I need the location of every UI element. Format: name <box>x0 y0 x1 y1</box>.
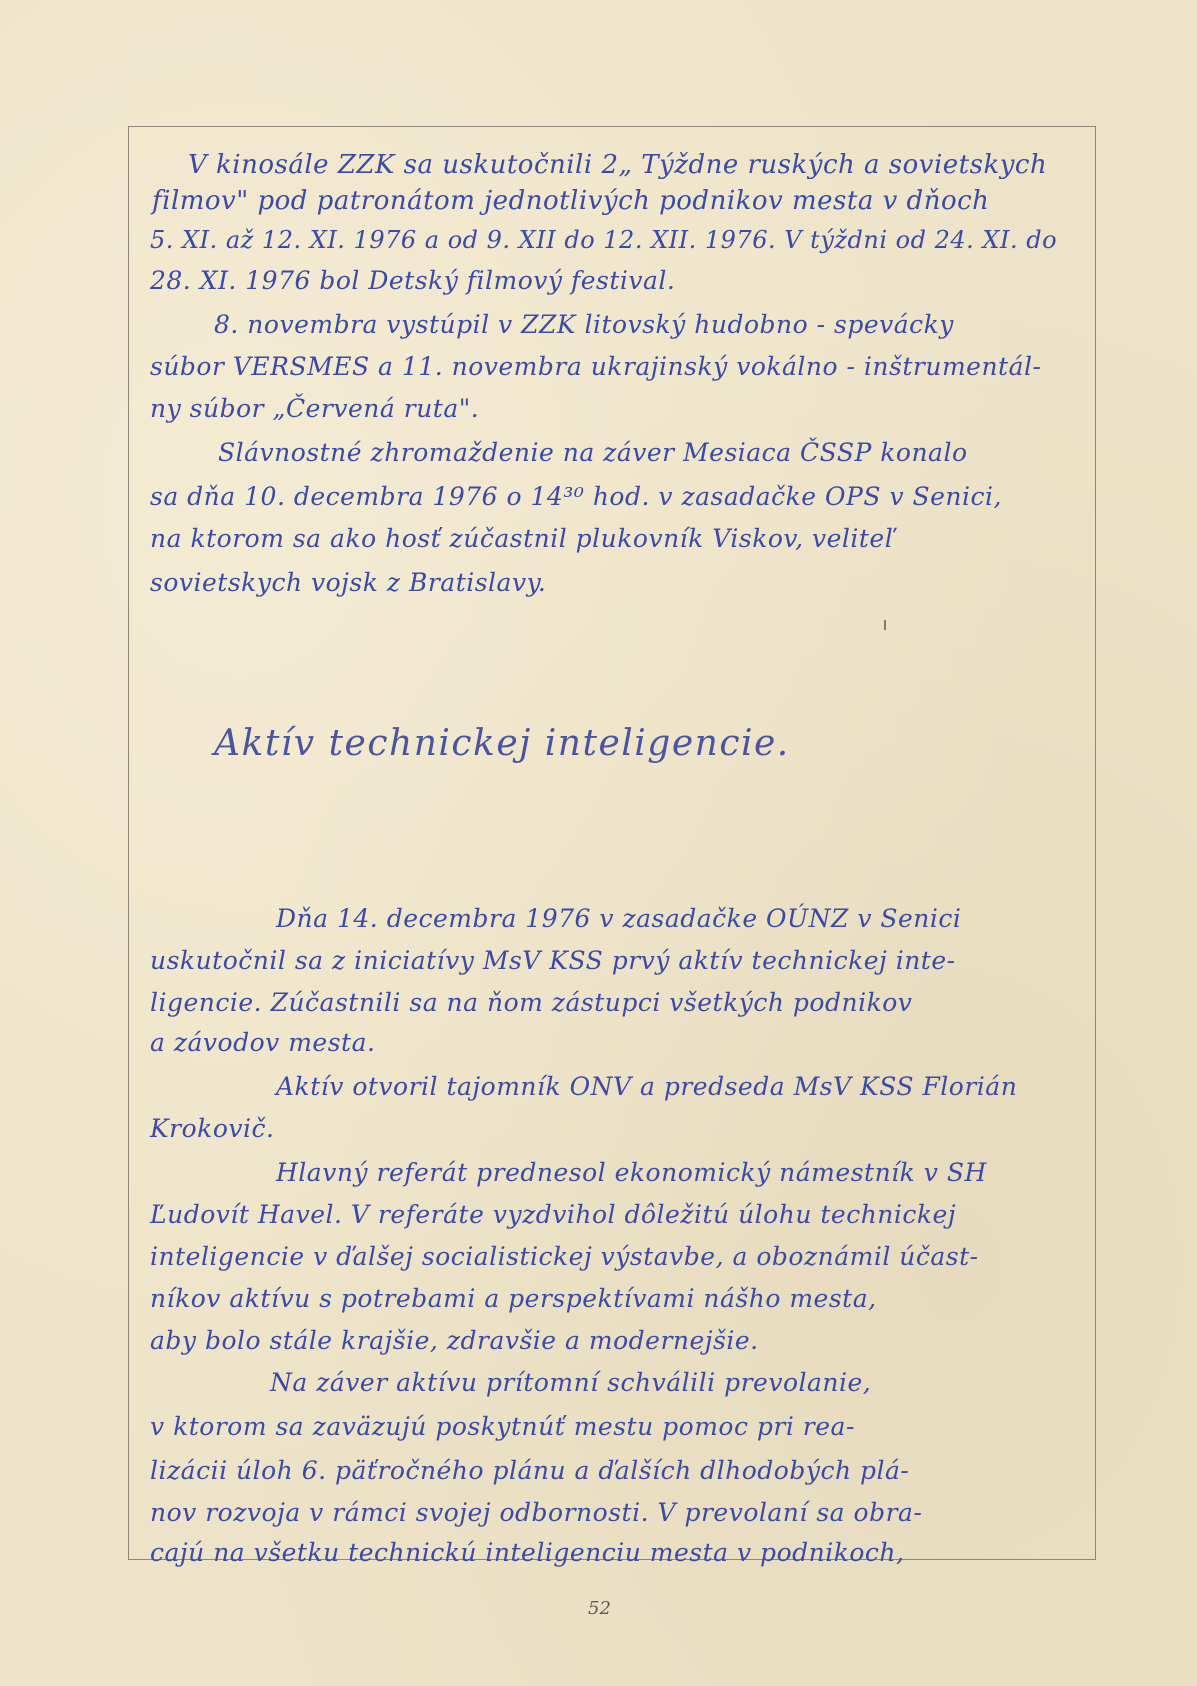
text-line: Hlavný referát prednesol ekonomický náme… <box>276 1160 987 1185</box>
text-line: Krokovič. <box>150 1116 274 1141</box>
text-line: aby bolo stále krajšie, zdravšie a moder… <box>150 1328 759 1353</box>
text-line: sovietskych vojsk z Bratislavy. <box>150 570 546 595</box>
text-line: filmov" pod patronátom jednotlivých podn… <box>152 188 989 214</box>
text-line: Dňa 14. decembra 1976 v zasadačke OÚNZ v… <box>276 906 961 931</box>
text-line: Na záver aktívu prítomní schválili prevo… <box>270 1370 871 1395</box>
text-line: níkov aktívu s potrebami a perspektívami… <box>150 1286 877 1311</box>
text-line: sa dňa 10. decembra 1976 o 14³⁰ hod. v z… <box>150 484 1002 509</box>
text-line: a závodov mesta. <box>150 1030 375 1055</box>
text-line: nov rozvoja v rámci svojej odbornosti. V… <box>150 1500 922 1525</box>
text-line: lizácii úloh 6. päťročného plánu a ďalší… <box>150 1458 909 1483</box>
text-line: ligencie. Zúčastnili sa na ňom zástupci … <box>150 990 912 1015</box>
text-line: Ľudovít Havel. V referáte vyzdvihol dôle… <box>150 1202 956 1227</box>
text-line: na ktorom sa ako hosť zúčastnil plukovní… <box>150 526 895 551</box>
text-line: inteligencie v ďalšej socialistickej výs… <box>150 1244 979 1269</box>
text-line: Aktív otvoril tajomník ONV a predseda Ms… <box>276 1074 1017 1099</box>
page-number: 52 <box>588 1598 611 1619</box>
text-line: 8. novembra vystúpil v ZZK litovský hudo… <box>214 312 954 337</box>
text-line: v ktorom sa zaväzujú poskytnúť mestu pom… <box>150 1414 855 1439</box>
text-line: súbor VERSMES a 11. novembra ukrajinský … <box>150 354 1041 379</box>
text-line: Slávnostné zhromaždenie na záver Mesiaca… <box>218 440 968 465</box>
text-line: 5. XI. až 12. XI. 1976 a od 9. XII do 12… <box>150 228 1057 252</box>
pencil-mark <box>884 620 886 630</box>
text-line: ny súbor „Červená ruta". <box>150 396 479 421</box>
text-line: V kinosále ZZK sa uskutočnili 2„ Týždne … <box>188 152 1047 178</box>
text-line: uskutočnil sa z iniciatívy MsV KSS prvý … <box>150 948 956 973</box>
scanned-page: V kinosále ZZK sa uskutočnili 2„ Týždne … <box>0 0 1197 1686</box>
text-line: cajú na všetku technickú inteligenciu me… <box>150 1540 904 1565</box>
text-line: 28. XI. 1976 bol Detský filmový festival… <box>150 268 675 293</box>
section-heading: Aktív technickej inteligencie. <box>214 726 790 762</box>
